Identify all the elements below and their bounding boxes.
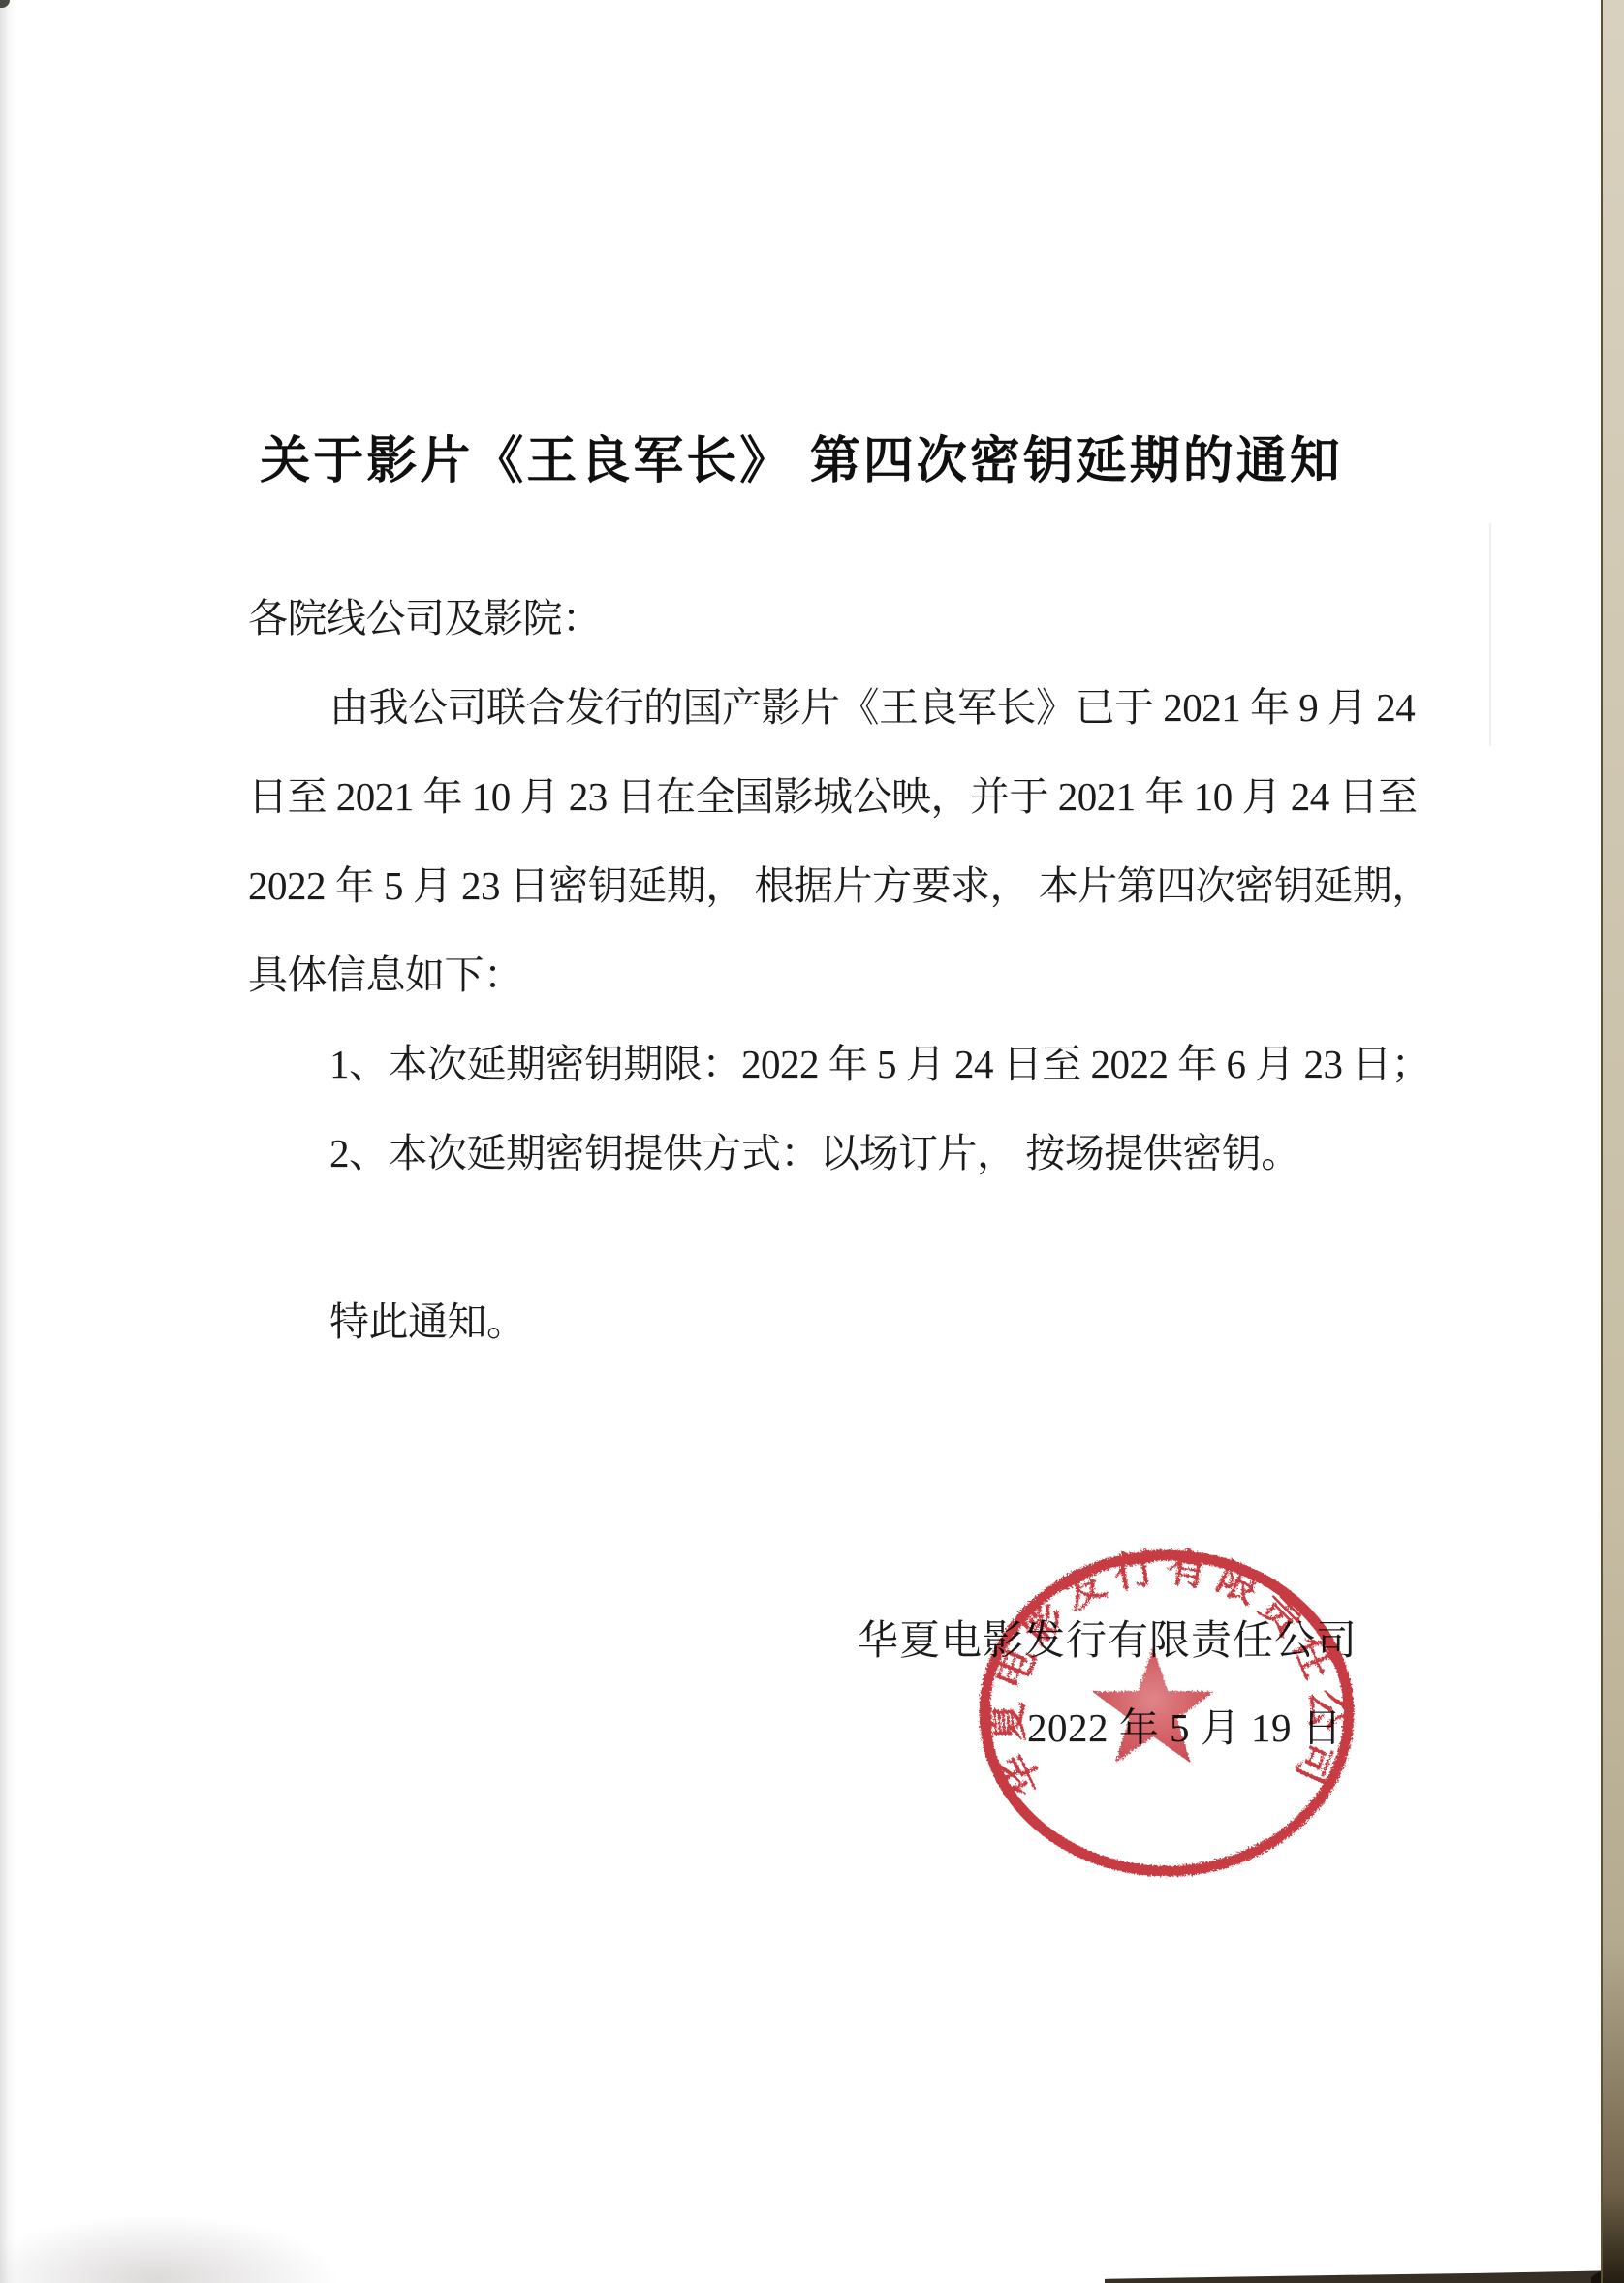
scan-bottom-smudge <box>0 2171 465 2283</box>
paragraph-line: 具体信息如下： <box>248 950 523 1000</box>
notice-title: 关于影片《王良军长》 第四次密钥延期的通知 <box>0 420 1603 492</box>
scan-corner-mark <box>0 0 10 8</box>
signature-date: 2022 年 5 月 19 日 <box>1027 1696 1342 1753</box>
paragraph-line: 2022 年 5 月 23 日密钥延期， 根据片方要求， 本片第四次密钥延期， <box>248 860 1431 911</box>
scan-crease <box>1489 523 1491 746</box>
salutation-line: 各院线公司及影院： <box>248 593 602 643</box>
scanned-notice-page: 关于影片《王良军长》 第四次密钥延期的通知 各院线公司及影院： 由我公司联合发行… <box>0 0 1624 2283</box>
paragraph-line: 日至 2021 年 10 月 23 日在全国影城公映，并于 2021 年 10 … <box>248 771 1418 822</box>
seal-text: 华夏电影发行有限责任公司 <box>984 1547 1347 1802</box>
list-item-1: 1、本次延期密钥期限：2022 年 5 月 24 日至 2022 年 6 月 2… <box>329 1039 1430 1089</box>
paragraph-line: 由我公司联合发行的国产影片《王良军长》已于 2021 年 9 月 24 <box>329 682 1415 733</box>
scan-right-edge-strip <box>1601 0 1624 2283</box>
list-item-2: 2、本次延期密钥提供方式：以场订片， 按场提供密钥。 <box>329 1128 1300 1178</box>
closing-line: 特此通知。 <box>329 1297 526 1347</box>
scan-left-edge-shadow <box>0 0 16 2283</box>
seal-text-arc: 华夏电影发行有限责任公司 <box>984 1547 1347 1802</box>
scan-bottom-edge <box>1105 2270 1624 2283</box>
signature-company: 华夏电影发行有限责任公司 <box>858 1609 1358 1667</box>
